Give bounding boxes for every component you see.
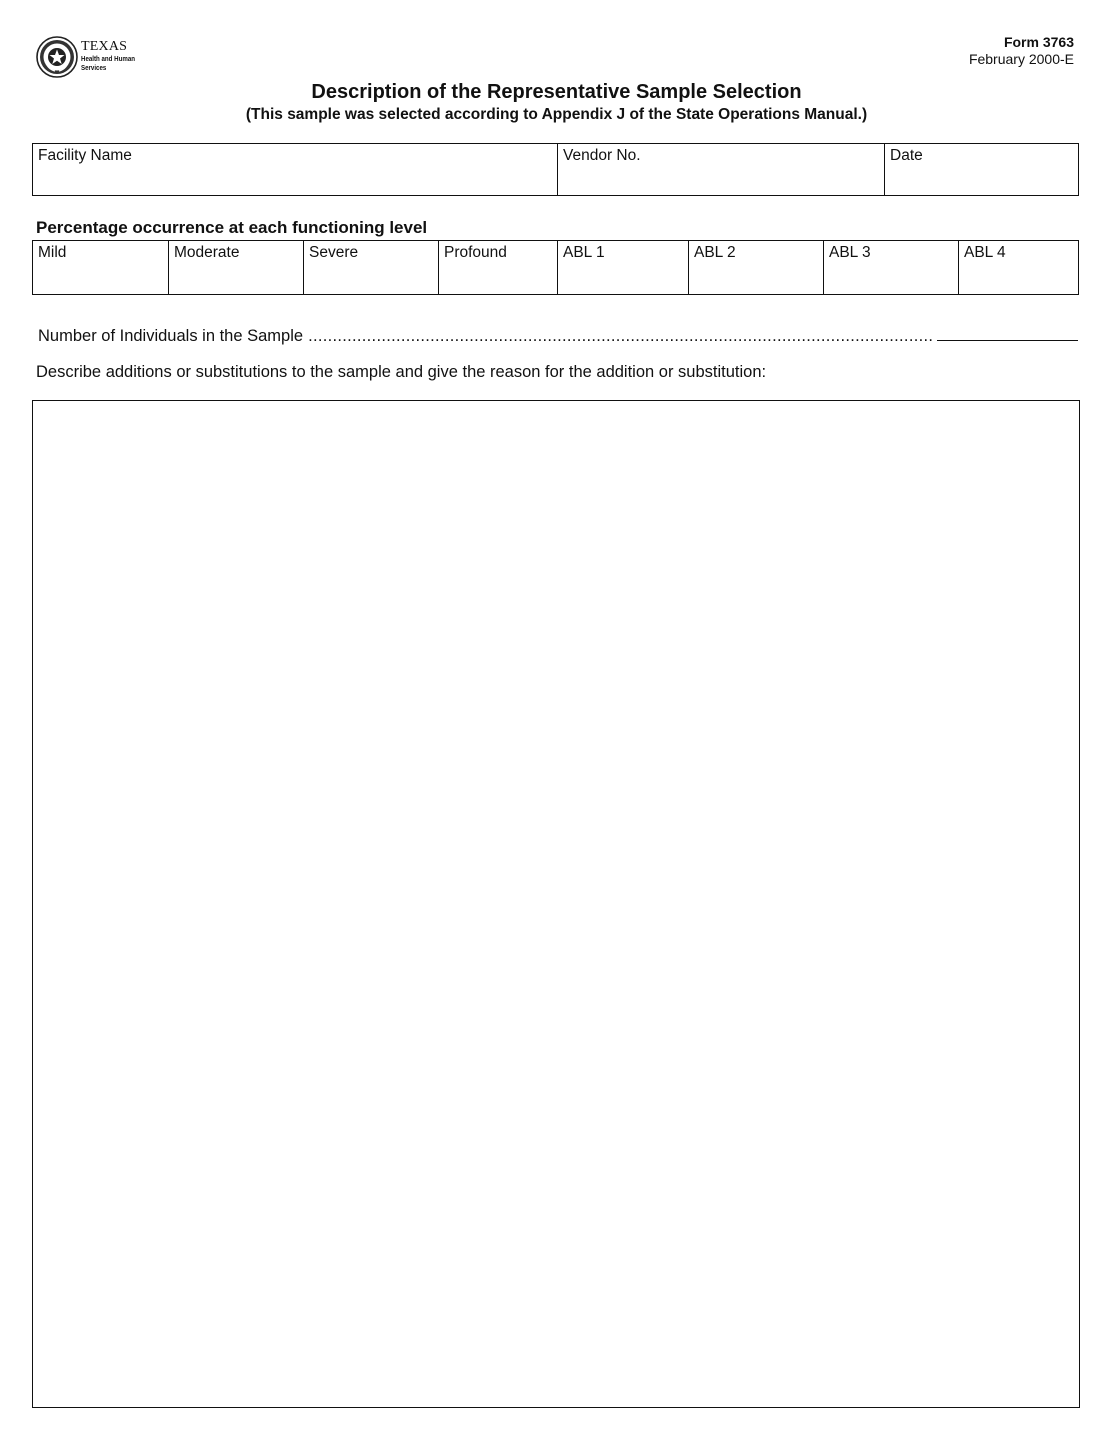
severe-label: Severe: [309, 244, 358, 261]
facility-info-row: Facility Name Vendor No. Date: [32, 143, 1079, 196]
agency-name: TEXAS: [81, 40, 147, 54]
profound-label: Profound: [444, 244, 507, 261]
agency-subtitle-line2: Services: [81, 64, 135, 72]
texas-seal-icon: [36, 36, 78, 78]
moderate-field[interactable]: Moderate: [168, 241, 303, 294]
abl-2-field[interactable]: ABL 2: [688, 241, 823, 294]
agency-subtitle-line1: Health and Human: [81, 55, 135, 63]
sample-count-row: Number of Individuals in the Sample ....…: [38, 320, 1078, 346]
mild-field[interactable]: Mild: [33, 241, 168, 294]
form-date: February 2000-E: [969, 51, 1074, 68]
date-field[interactable]: Date: [884, 144, 1078, 195]
page-title: Description of the Representative Sample…: [0, 81, 1113, 104]
functioning-level-row: Mild Moderate Severe Profound ABL 1 ABL …: [32, 240, 1079, 295]
abl-3-label: ABL 3: [829, 244, 871, 261]
form-number: Form 3763: [969, 34, 1074, 51]
abl-4-field[interactable]: ABL 4: [958, 241, 1078, 294]
vendor-number-field[interactable]: Vendor No.: [557, 144, 884, 195]
date-label: Date: [890, 147, 923, 164]
additions-textarea[interactable]: [32, 400, 1080, 1408]
vendor-number-label: Vendor No.: [563, 147, 641, 164]
sample-count-label: Number of Individuals in the Sample: [38, 327, 303, 346]
facility-name-label: Facility Name: [38, 147, 132, 164]
form-identifier: Form 3763 February 2000-E: [969, 34, 1074, 68]
abl-4-label: ABL 4: [964, 244, 1006, 261]
dot-leader: ........................................…: [308, 327, 933, 346]
abl-1-label: ABL 1: [563, 244, 605, 261]
agency-logo: TEXAS Health and Human Services: [36, 36, 147, 78]
severe-field[interactable]: Severe: [303, 241, 438, 294]
functioning-level-heading: Percentage occurrence at each functionin…: [36, 218, 427, 238]
moderate-label: Moderate: [174, 244, 239, 261]
abl-1-field[interactable]: ABL 1: [557, 241, 688, 294]
facility-name-field[interactable]: Facility Name: [33, 144, 557, 195]
mild-label: Mild: [38, 244, 66, 261]
sample-count-input[interactable]: [937, 320, 1078, 341]
abl-3-field[interactable]: ABL 3: [823, 241, 958, 294]
profound-field[interactable]: Profound: [438, 241, 557, 294]
page-subtitle: (This sample was selected according to A…: [0, 106, 1113, 124]
abl-2-label: ABL 2: [694, 244, 736, 261]
additions-prompt: Describe additions or substitutions to t…: [36, 363, 766, 382]
